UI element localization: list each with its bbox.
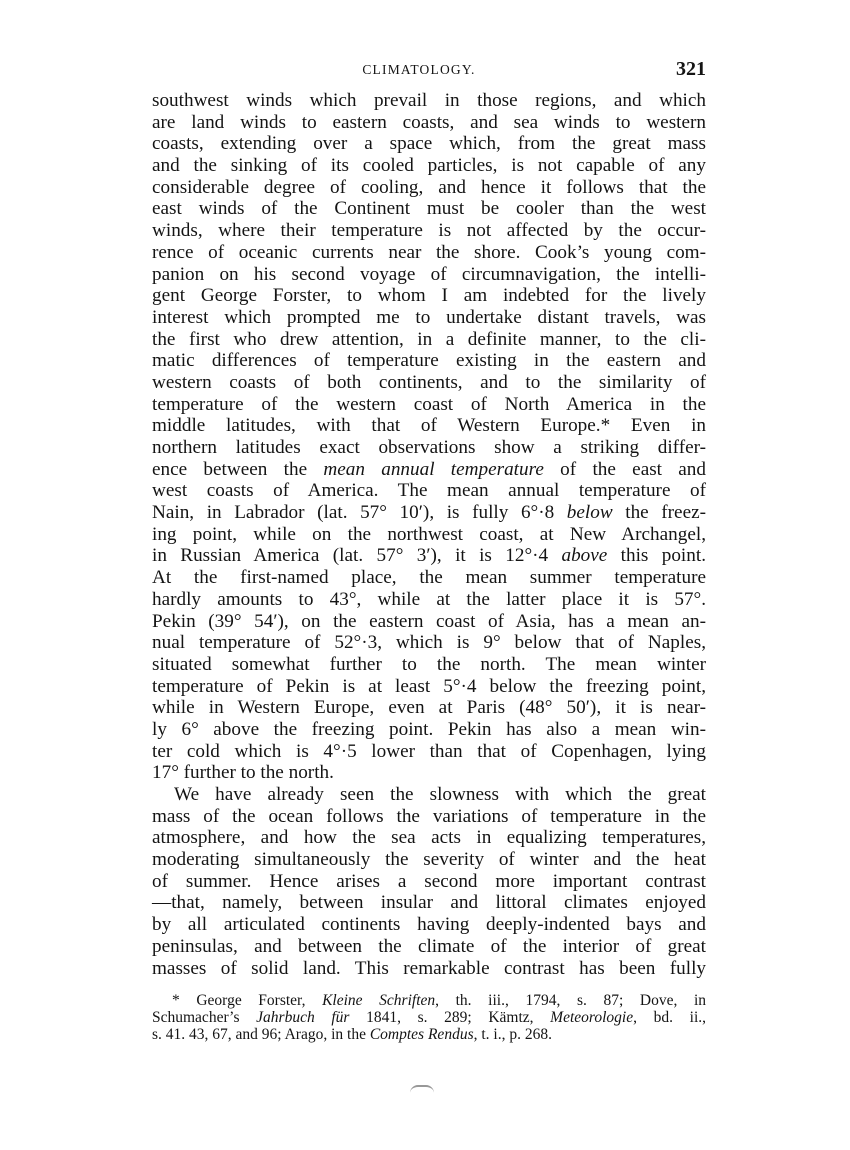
text-line-italic: Nain, in Labrador (lat. 57° 10′), is ful… [152, 502, 706, 524]
footnote-line: s. 41. 43, 67, and 96; Arago, in the Com… [152, 1026, 706, 1043]
text-line: west coasts of America. The mean annual … [152, 480, 706, 502]
text-line: east winds of the Continent must be cool… [152, 198, 706, 220]
page-number: 321 [676, 58, 706, 81]
text-line: panion on his second voyage of circumnav… [152, 264, 706, 286]
text-line-italic: in Russian America (lat. 57° 3′), it is … [152, 545, 706, 567]
footnote: * George Forster, Kleine Schriften, th. … [152, 992, 706, 1043]
text-line: masses of solid land. This remarkable co… [152, 958, 706, 980]
text-line: atmosphere, and how the sea acts in equa… [152, 827, 706, 849]
text-line: winds, where their temperature is not af… [152, 220, 706, 242]
text-line: considerable degree of cooling, and henc… [152, 177, 706, 199]
footnote-line: * George Forster, Kleine Schriften, th. … [152, 992, 706, 1009]
text-line: of summer. Hence arises a second more im… [152, 871, 706, 893]
text-line: northern latitudes exact observations sh… [152, 437, 706, 459]
text-line: ing point, while on the northwest coast,… [152, 524, 706, 546]
text-line: interest which prompted me to undertake … [152, 307, 706, 329]
text-line: are land winds to eastern coasts, and se… [152, 112, 706, 134]
text-line: while in Western Europe, even at Paris (… [152, 697, 706, 719]
text-line: the first who drew attention, in a defin… [152, 329, 706, 351]
text-line: nual temperature of 52°·3, which is 9° b… [152, 632, 706, 654]
text-line: by all articulated continents having dee… [152, 914, 706, 936]
italic-phrase: below [567, 502, 613, 523]
paragraph-end-line: 17° further to the north. [152, 762, 706, 784]
book-page: CLIMATOLOGY. 321 southwest winds which p… [152, 60, 706, 1043]
text-line: western coasts of both continents, and t… [152, 372, 706, 394]
text-line-italic: ence between the mean annual temperature… [152, 459, 706, 481]
paragraph-start-line: We have already seen the slowness with w… [152, 784, 706, 806]
text-line: hardly amounts to 43°, while at the latt… [152, 589, 706, 611]
text-line: situated somewhat further to the north. … [152, 654, 706, 676]
text-line: moderating simultaneously the severity o… [152, 849, 706, 871]
signature-mark [410, 1085, 434, 1093]
text-line: temperature of Pekin is at least 5°·4 be… [152, 676, 706, 698]
text-line: gent George Forster, to whom I am indebt… [152, 285, 706, 307]
text-line-footnote-ref: middle latitudes, with that of Western E… [152, 415, 706, 437]
text-line: and the sinking of its cooled particles,… [152, 155, 706, 177]
italic-phrase: above [561, 545, 607, 566]
text-line: mass of the ocean follows the variations… [152, 806, 706, 828]
running-title: CLIMATOLOGY. [152, 62, 706, 78]
text-line: matic differences of temperature existin… [152, 350, 706, 372]
text-line: ly 6° above the freezing point. Pekin ha… [152, 719, 706, 741]
body-text: southwest winds which prevail in those r… [152, 90, 706, 979]
text-line: temperature of the western coast of Nort… [152, 394, 706, 416]
text-line: Pekin (39° 54′), on the eastern coast of… [152, 611, 706, 633]
text-line: coasts, extending over a space which, fr… [152, 133, 706, 155]
text-line: —that, namely, between insular and litto… [152, 892, 706, 914]
text-line: ter cold which is 4°·5 lower than that o… [152, 741, 706, 763]
footnote-line: Schumacher’s Jahrbuch für 1841, s. 289; … [152, 1009, 706, 1026]
text-line: rence of oceanic currents near the shore… [152, 242, 706, 264]
text-line: southwest winds which prevail in those r… [152, 90, 706, 112]
text-line: At the first-named place, the mean summe… [152, 567, 706, 589]
running-head: CLIMATOLOGY. 321 [152, 60, 706, 88]
text-line: peninsulas, and between the climate of t… [152, 936, 706, 958]
italic-phrase: mean annual temperature [323, 459, 544, 480]
